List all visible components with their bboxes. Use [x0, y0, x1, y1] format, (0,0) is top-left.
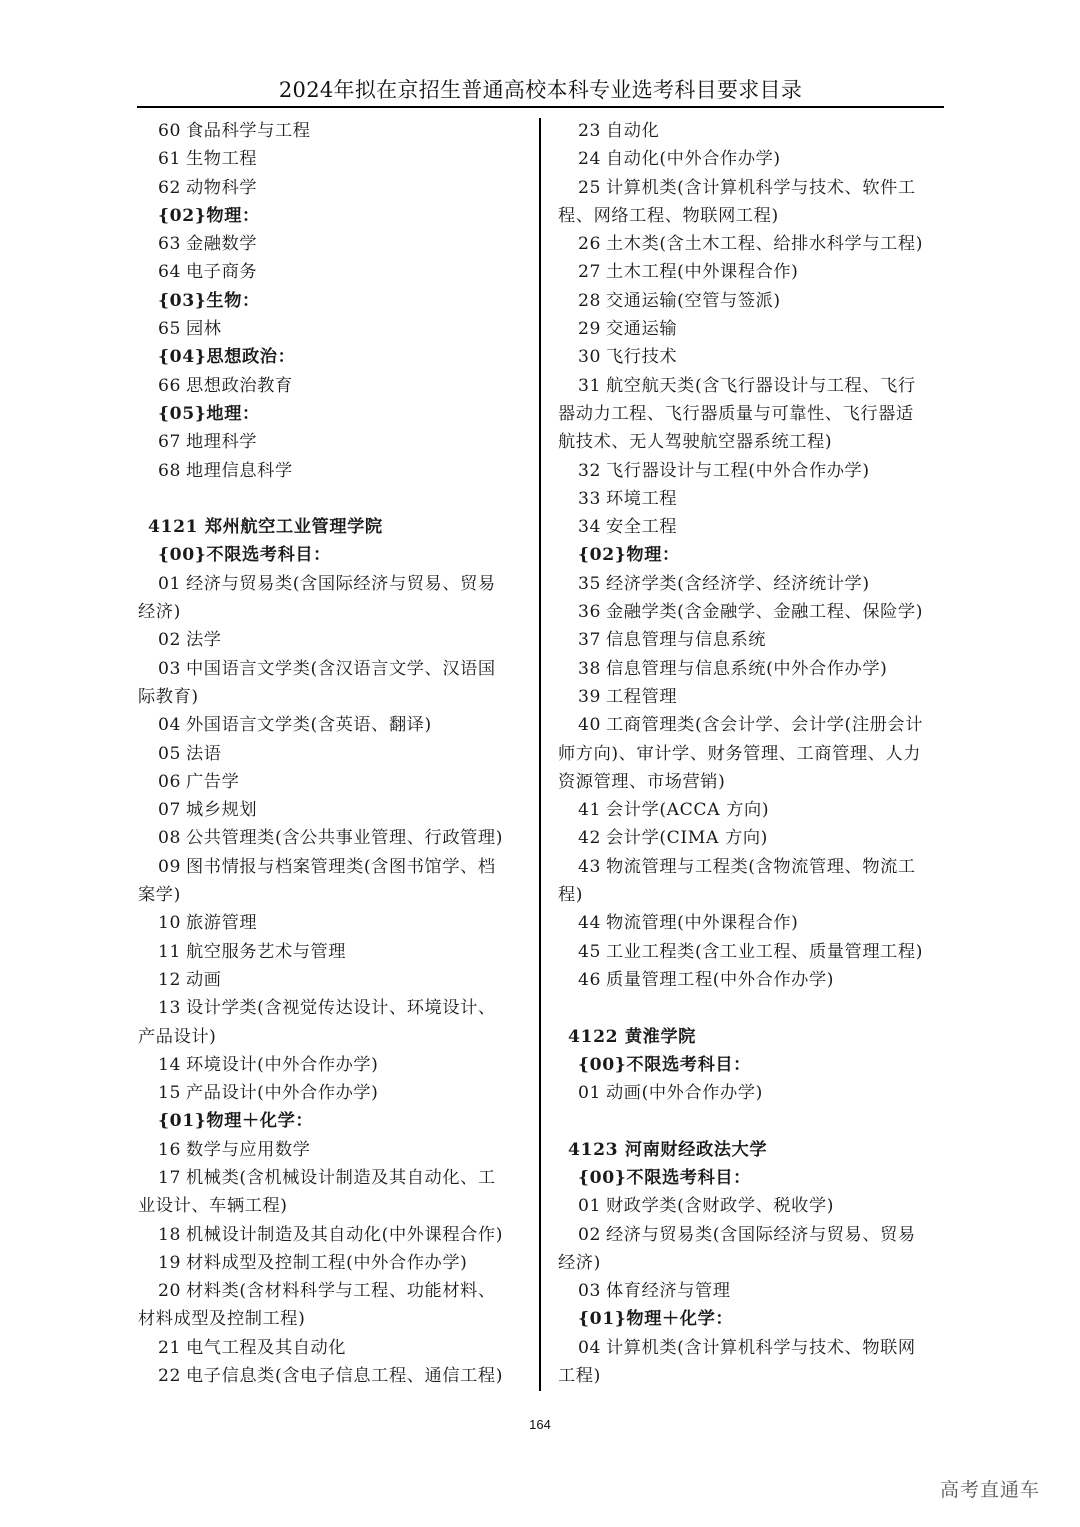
major-code: 12: [158, 966, 186, 994]
major-code: 67: [158, 428, 186, 456]
major-code: 04: [158, 711, 186, 739]
major-code: 38: [578, 655, 606, 683]
major-code: 10: [158, 909, 186, 937]
major-code: 02: [158, 626, 186, 654]
major-code: 26: [578, 230, 606, 258]
major-name: 数学与应用数学: [186, 1140, 311, 1160]
major-entry-continuation: 材料成型及控制工程): [138, 1305, 523, 1333]
major-code: 16: [158, 1136, 186, 1164]
major-entry: 08公共管理类(含公共事业管理、行政管理): [138, 824, 523, 852]
major-name: 自动化: [606, 121, 659, 141]
major-entry-continuation: 经济): [558, 1249, 943, 1277]
major-name: 法语: [186, 744, 222, 764]
major-name: 旅游管理: [186, 913, 257, 933]
major-entry: 24自动化(中外合作办学): [558, 145, 943, 173]
major-entry: 11航空服务艺术与管理: [138, 938, 523, 966]
major-code: 61: [158, 145, 186, 173]
major-code: 01: [158, 570, 186, 598]
major-entry: 09图书情报与档案管理类(含图书馆学、档: [138, 853, 523, 881]
major-entry-continuation: 工程): [558, 1362, 943, 1390]
title-rule-divider: [137, 106, 944, 108]
major-entry: 45工业工程类(含工业工程、质量管理工程): [558, 938, 943, 966]
major-code: 20: [158, 1277, 186, 1305]
major-name: 外国语言文学类(含英语、翻译): [186, 715, 432, 735]
major-entry: 36金融学类(含金融学、金融工程、保险学): [558, 598, 943, 626]
major-code: 39: [578, 683, 606, 711]
major-name: 机械设计制造及其自动化(中外课程合作): [186, 1225, 503, 1245]
major-entry: 26土木类(含土木工程、给排水科学与工程): [558, 230, 943, 258]
major-name: 工商管理类(含会计学、会计学(注册会计: [606, 715, 923, 735]
blank-line: [138, 485, 523, 513]
blank-line: [558, 994, 943, 1022]
major-name: 经济学类(含经济学、经济统计学): [606, 574, 870, 594]
major-entry: 15产品设计(中外合作办学): [138, 1079, 523, 1107]
major-entry: 38信息管理与信息系统(中外合作办学): [558, 655, 943, 683]
major-entry: 07城乡规划: [138, 796, 523, 824]
subject-requirement-heading: {02}物理：: [138, 202, 523, 230]
major-entry: 31航空航天类(含飞行器设计与工程、飞行: [558, 372, 943, 400]
major-entry: 21电气工程及其自动化: [138, 1334, 523, 1362]
major-code: 33: [578, 485, 606, 513]
major-entry: 01财政学类(含财政学、税收学): [558, 1192, 943, 1220]
major-code: 29: [578, 315, 606, 343]
major-entry: 40工商管理类(含会计学、会计学(注册会计: [558, 711, 943, 739]
major-name: 金融数学: [186, 234, 257, 254]
major-entry: 61生物工程: [138, 145, 523, 173]
major-name: 地理科学: [186, 432, 257, 452]
major-entry: 27土木工程(中外课程合作): [558, 258, 943, 286]
major-name: 材料成型及控制工程(中外合作办学): [186, 1253, 467, 1273]
major-entry-continuation: 程): [558, 881, 943, 909]
major-name: 土木类(含土木工程、给排水科学与工程): [606, 234, 923, 254]
major-code: 18: [158, 1221, 186, 1249]
major-entry-continuation: 案学): [138, 881, 523, 909]
major-name: 计算机类(含计算机科学与技术、软件工: [606, 178, 916, 198]
major-code: 65: [158, 315, 186, 343]
school-heading: 4123 河南财经政法大学: [558, 1136, 943, 1164]
major-name: 设计学类(含视觉传达设计、环境设计、: [186, 998, 496, 1018]
major-entry: 30飞行技术: [558, 343, 943, 371]
major-entry-continuation: 器动力工程、飞行器质量与可靠性、飞行器适: [558, 400, 943, 428]
major-entry: 62动物科学: [138, 174, 523, 202]
major-entry: 42会计学(CIMA 方向): [558, 824, 943, 852]
major-name: 会计学(CIMA 方向): [606, 828, 768, 848]
major-name: 园林: [186, 319, 222, 339]
major-name: 土木工程(中外课程合作): [606, 262, 799, 282]
major-code: 25: [578, 174, 606, 202]
major-code: 43: [578, 853, 606, 881]
watermark-text: 高考直通车: [940, 1475, 1040, 1502]
major-name: 电子商务: [186, 262, 257, 282]
major-code: 03: [578, 1277, 606, 1305]
subject-requirement-heading: {00}不限选考科目：: [138, 541, 523, 569]
major-entry: 25计算机类(含计算机科学与技术、软件工: [558, 174, 943, 202]
major-name: 飞行技术: [606, 347, 677, 367]
school-heading: 4122 黄淮学院: [558, 1023, 943, 1051]
major-code: 35: [578, 570, 606, 598]
major-name: 公共管理类(含公共事业管理、行政管理): [186, 828, 503, 848]
subject-requirement-heading: {01}物理＋化学：: [138, 1107, 523, 1135]
major-code: 23: [578, 117, 606, 145]
subject-requirement-heading: {05}地理：: [138, 400, 523, 428]
major-entry: 12动画: [138, 966, 523, 994]
major-code: 64: [158, 258, 186, 286]
major-name: 自动化(中外合作办学): [606, 149, 781, 169]
major-entry: 44物流管理(中外课程合作): [558, 909, 943, 937]
major-entry: 01经济与贸易类(含国际经济与贸易、贸易: [138, 570, 523, 598]
major-entry: 03中国语言文学类(含汉语言文学、汉语国: [138, 655, 523, 683]
major-name: 信息管理与信息系统(中外合作办学): [606, 659, 887, 679]
major-name: 环境工程: [606, 489, 677, 509]
major-code: 01: [578, 1192, 606, 1220]
major-code: 13: [158, 994, 186, 1022]
major-name: 体育经济与管理: [606, 1281, 731, 1301]
major-name: 思想政治教育: [186, 376, 293, 396]
major-name: 动画: [186, 970, 222, 990]
major-code: 44: [578, 909, 606, 937]
major-entry-continuation: 经济): [138, 598, 523, 626]
left-column: 60食品科学与工程61生物工程62动物科学{02}物理：63金融数学64电子商务…: [138, 117, 523, 1390]
major-code: 08: [158, 824, 186, 852]
major-name: 物流管理(中外课程合作): [606, 913, 799, 933]
major-name: 飞行器设计与工程(中外合作办学): [606, 461, 870, 481]
school-heading: 4121 郑州航空工业管理学院: [138, 513, 523, 541]
major-entry: 46质量管理工程(中外合作办学): [558, 966, 943, 994]
right-column: 23自动化24自动化(中外合作办学)25计算机类(含计算机科学与技术、软件工程、…: [558, 117, 943, 1390]
subject-requirement-heading: {01}物理＋化学：: [558, 1305, 943, 1333]
major-entry: 34安全工程: [558, 513, 943, 541]
major-entry: 23自动化: [558, 117, 943, 145]
major-name: 航空服务艺术与管理: [186, 942, 346, 962]
major-name: 机械类(含机械设计制造及其自动化、工: [186, 1168, 496, 1188]
major-name: 生物工程: [186, 149, 257, 169]
major-code: 11: [158, 938, 186, 966]
major-code: 41: [578, 796, 606, 824]
major-entry: 17机械类(含机械设计制造及其自动化、工: [138, 1164, 523, 1192]
major-entry: 04外国语言文学类(含英语、翻译): [138, 711, 523, 739]
major-entry-continuation: 业设计、车辆工程): [138, 1192, 523, 1220]
major-code: 31: [578, 372, 606, 400]
major-name: 动物科学: [186, 178, 257, 198]
major-entry: 18机械设计制造及其自动化(中外课程合作): [138, 1221, 523, 1249]
major-code: 06: [158, 768, 186, 796]
major-code: 19: [158, 1249, 186, 1277]
major-entry: 06广告学: [138, 768, 523, 796]
major-name: 经济与贸易类(含国际经济与贸易、贸易: [606, 1225, 916, 1245]
subject-requirement-heading: {00}不限选考科目：: [558, 1164, 943, 1192]
subject-requirement-heading: {04}思想政治：: [138, 343, 523, 371]
major-code: 40: [578, 711, 606, 739]
major-entry: 39工程管理: [558, 683, 943, 711]
major-code: 17: [158, 1164, 186, 1192]
major-entry-continuation: 师方向)、审计学、财务管理、工商管理、人力: [558, 740, 943, 768]
major-name: 材料类(含材料科学与工程、功能材料、: [186, 1281, 496, 1301]
subject-requirement-heading: {00}不限选考科目：: [558, 1051, 943, 1079]
major-entry: 35经济学类(含经济学、经济统计学): [558, 570, 943, 598]
major-entry: 33环境工程: [558, 485, 943, 513]
major-name: 法学: [186, 630, 222, 650]
major-entry: 05法语: [138, 740, 523, 768]
page-number: 164: [0, 1417, 1080, 1432]
major-code: 45: [578, 938, 606, 966]
major-code: 14: [158, 1051, 186, 1079]
major-code: 03: [158, 655, 186, 683]
major-entry: 02法学: [138, 626, 523, 654]
major-code: 30: [578, 343, 606, 371]
major-name: 质量管理工程(中外合作办学): [606, 970, 834, 990]
major-name: 工程管理: [606, 687, 677, 707]
major-name: 中国语言文学类(含汉语言文学、汉语国: [186, 659, 496, 679]
major-name: 物流管理与工程类(含物流管理、物流工: [606, 857, 916, 877]
major-entry: 28交通运输(空管与签派): [558, 287, 943, 315]
subject-requirement-heading: {02}物理：: [558, 541, 943, 569]
major-code: 02: [578, 1221, 606, 1249]
major-entry: 65园林: [138, 315, 523, 343]
major-code: 09: [158, 853, 186, 881]
major-entry: 41会计学(ACCA 方向): [558, 796, 943, 824]
major-name: 航空航天类(含飞行器设计与工程、飞行: [606, 376, 916, 396]
major-code: 68: [158, 457, 186, 485]
major-entry: 22电子信息类(含电子信息工程、通信工程): [138, 1362, 523, 1390]
major-entry: 19材料成型及控制工程(中外合作办学): [138, 1249, 523, 1277]
major-entry: 29交通运输: [558, 315, 943, 343]
major-name: 工业工程类(含工业工程、质量管理工程): [606, 942, 923, 962]
major-code: 15: [158, 1079, 186, 1107]
major-name: 广告学: [186, 772, 239, 792]
major-code: 24: [578, 145, 606, 173]
column-divider: [539, 118, 541, 1391]
subject-requirement-heading: {03}生物：: [138, 287, 523, 315]
major-entry-continuation: 际教育): [138, 683, 523, 711]
major-name: 城乡规划: [186, 800, 257, 820]
major-code: 60: [158, 117, 186, 145]
major-entry-continuation: 程、网络工程、物联网工程): [558, 202, 943, 230]
major-name: 交通运输: [606, 319, 677, 339]
major-entry: 43物流管理与工程类(含物流管理、物流工: [558, 853, 943, 881]
major-name: 计算机类(含计算机科学与技术、物联网: [606, 1338, 916, 1358]
major-name: 地理信息科学: [186, 461, 293, 481]
major-name: 信息管理与信息系统: [606, 630, 766, 650]
major-entry: 68地理信息科学: [138, 457, 523, 485]
major-name: 食品科学与工程: [186, 121, 311, 141]
major-name: 会计学(ACCA 方向): [606, 800, 769, 820]
major-entry: 66思想政治教育: [138, 372, 523, 400]
major-code: 42: [578, 824, 606, 852]
major-name: 产品设计(中外合作办学): [186, 1083, 379, 1103]
major-name: 金融学类(含金融学、金融工程、保险学): [606, 602, 923, 622]
major-code: 05: [158, 740, 186, 768]
major-name: 交通运输(空管与签派): [606, 291, 781, 311]
major-code: 37: [578, 626, 606, 654]
major-code: 62: [158, 174, 186, 202]
major-entry: 37信息管理与信息系统: [558, 626, 943, 654]
major-entry-continuation: 产品设计): [138, 1023, 523, 1051]
major-name: 图书情报与档案管理类(含图书馆学、档: [186, 857, 496, 877]
major-entry: 14环境设计(中外合作办学): [138, 1051, 523, 1079]
major-name: 电气工程及其自动化: [186, 1338, 346, 1358]
major-entry-continuation: 航技术、无人驾驶航空器系统工程): [558, 428, 943, 456]
major-entry: 02经济与贸易类(含国际经济与贸易、贸易: [558, 1221, 943, 1249]
blank-line: [558, 1107, 943, 1135]
major-name: 电子信息类(含电子信息工程、通信工程): [186, 1366, 503, 1386]
major-code: 07: [158, 796, 186, 824]
major-entry: 04计算机类(含计算机科学与技术、物联网: [558, 1334, 943, 1362]
major-entry: 32飞行器设计与工程(中外合作办学): [558, 457, 943, 485]
major-entry: 16数学与应用数学: [138, 1136, 523, 1164]
major-code: 66: [158, 372, 186, 400]
major-code: 22: [158, 1362, 186, 1390]
major-name: 经济与贸易类(含国际经济与贸易、贸易: [186, 574, 496, 594]
major-entry: 60食品科学与工程: [138, 117, 523, 145]
major-name: 安全工程: [606, 517, 677, 537]
major-code: 32: [578, 457, 606, 485]
major-name: 环境设计(中外合作办学): [186, 1055, 379, 1075]
major-name: 财政学类(含财政学、税收学): [606, 1196, 834, 1216]
major-code: 27: [578, 258, 606, 286]
major-code: 46: [578, 966, 606, 994]
major-entry-continuation: 资源管理、市场营销): [558, 768, 943, 796]
major-entry: 20材料类(含材料科学与工程、功能材料、: [138, 1277, 523, 1305]
major-code: 28: [578, 287, 606, 315]
major-entry: 64电子商务: [138, 258, 523, 286]
major-entry: 03体育经济与管理: [558, 1277, 943, 1305]
major-entry: 13设计学类(含视觉传达设计、环境设计、: [138, 994, 523, 1022]
major-code: 63: [158, 230, 186, 258]
major-entry: 01动画(中外合作办学): [558, 1079, 943, 1107]
major-name: 动画(中外合作办学): [606, 1083, 763, 1103]
major-code: 21: [158, 1334, 186, 1362]
page-title: 2024年拟在京招生普通高校本科专业选考科目要求目录: [137, 76, 944, 104]
major-entry: 10旅游管理: [138, 909, 523, 937]
major-code: 34: [578, 513, 606, 541]
major-code: 04: [578, 1334, 606, 1362]
major-entry: 63金融数学: [138, 230, 523, 258]
major-entry: 67地理科学: [138, 428, 523, 456]
major-code: 01: [578, 1079, 606, 1107]
major-code: 36: [578, 598, 606, 626]
